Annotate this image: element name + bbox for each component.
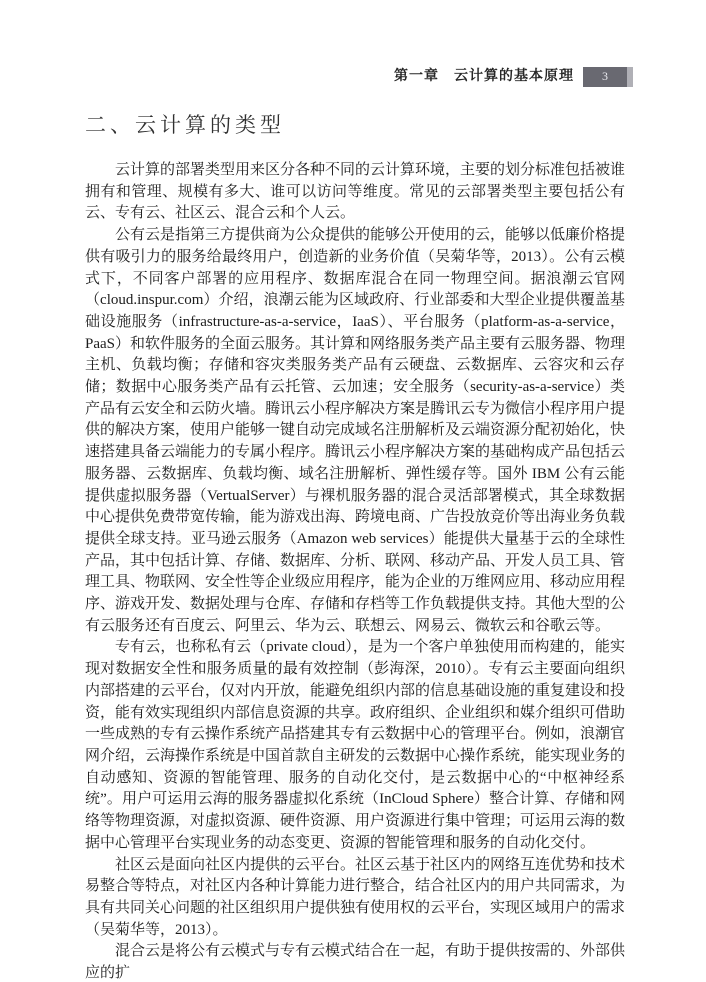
paragraph-deployment-types: 云计算的部署类型用来区分各种不同的云计算环境，主要的划分标准包括被谁拥有和管理、… [85, 160, 625, 225]
paragraph-private-cloud: 专有云，也称私有云（private cloud），是为一个客户单独使用而构建的，… [85, 637, 625, 854]
chapter-title: 第一章 云计算的基本原理 [394, 67, 574, 87]
book-page: 第一章 云计算的基本原理 3 二、云计算的类型 云计算的部署类型用来区分各种不同… [0, 0, 706, 982]
page-header: 第一章 云计算的基本原理 3 [0, 0, 706, 87]
paragraph-hybrid-cloud: 混合云是将公有云模式与专有云模式结合在一起，有助于提供按需的、外部供应的扩 [85, 941, 625, 982]
paragraph-community-cloud: 社区云是面向社区内提供的云平台。社区云基于社区内的网络互连优势和技术易整合等特点… [85, 855, 625, 942]
body-text: 云计算的部署类型用来区分各种不同的云计算环境，主要的划分标准包括被谁拥有和管理、… [85, 160, 625, 982]
paragraph-public-cloud: 公有云是指第三方提供商为公众提供的能够公开使用的云，能够以低廉价格提供有吸引力的… [85, 225, 625, 637]
section-title: 二、云计算的类型 [85, 110, 625, 140]
page-number-badge: 3 [583, 67, 633, 87]
